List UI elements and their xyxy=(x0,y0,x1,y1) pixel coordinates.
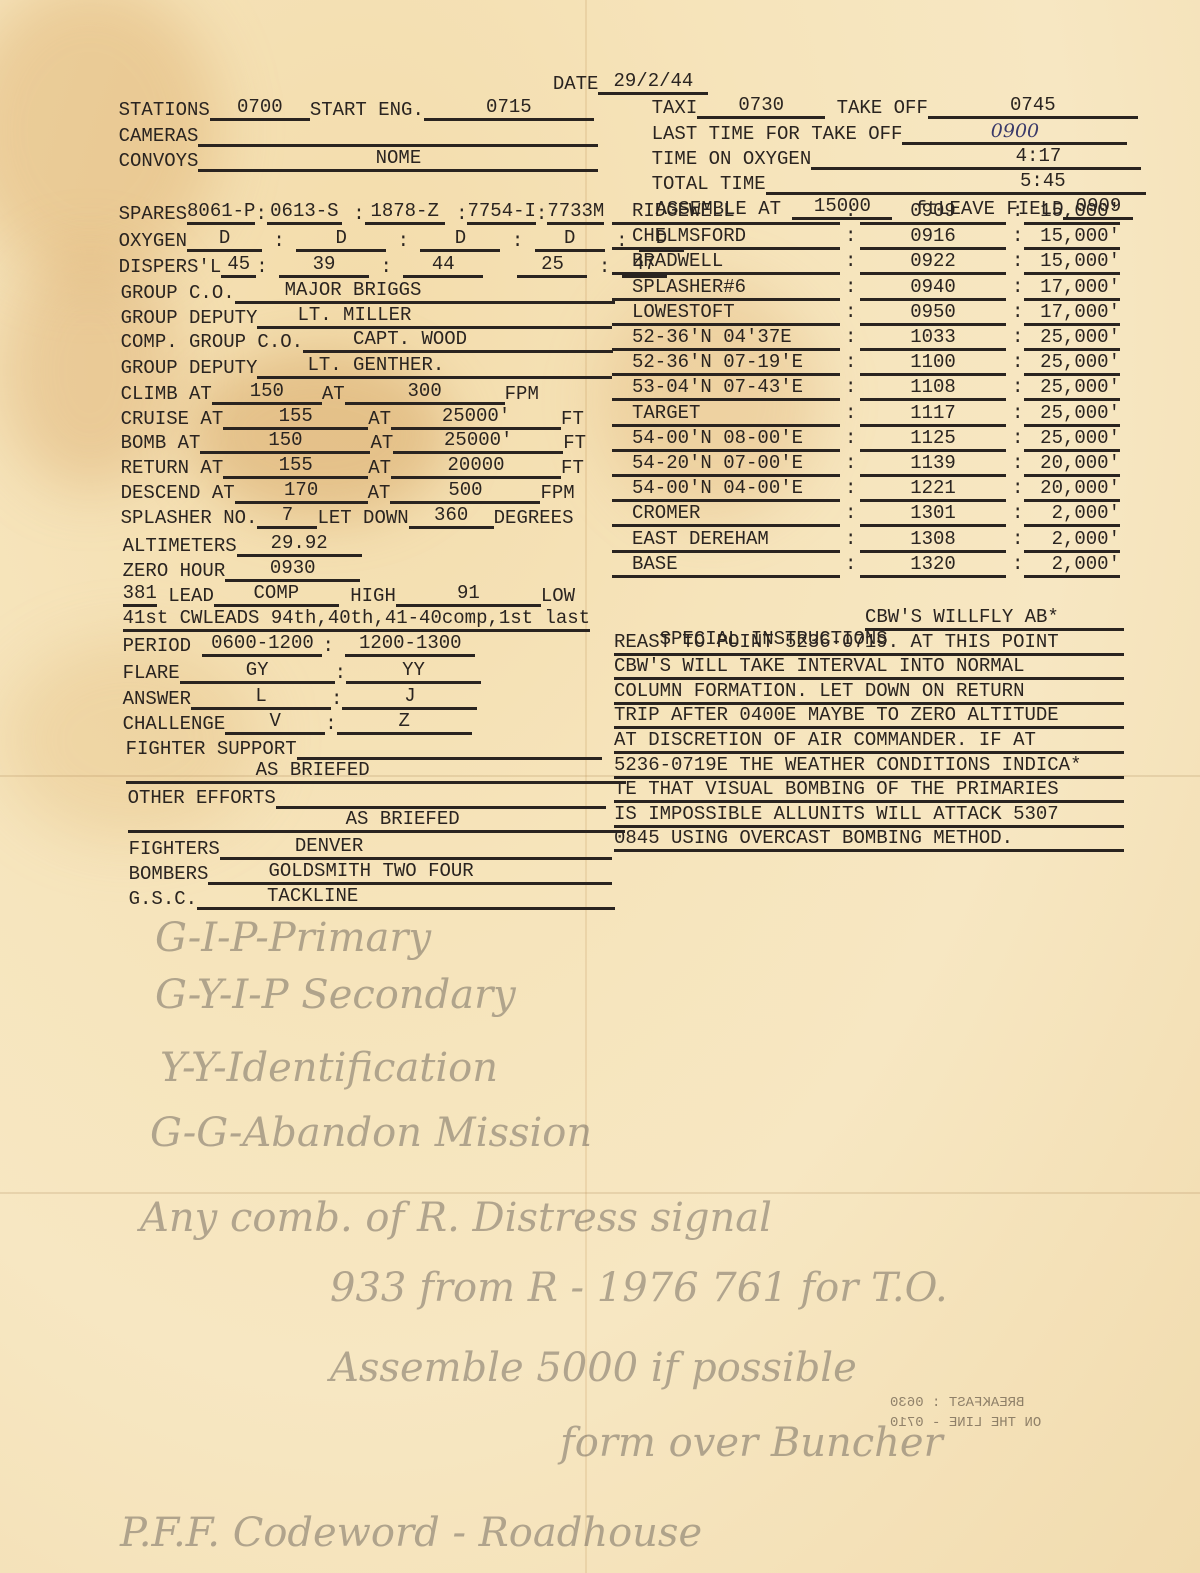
separator: : xyxy=(845,276,856,298)
route-place: 53-04'N 07-43'E xyxy=(612,376,840,401)
paper-fold xyxy=(0,1192,1200,1194)
route-place: BASE xyxy=(612,553,840,578)
special-instruction-line: 5236-0719E THE WEATHER CONDITIONS INDICA… xyxy=(614,754,1124,779)
handwritten-note: P.F.F. Codeword - Roadhouse xyxy=(120,1510,702,1556)
route-place: RIDGEWELL xyxy=(612,200,840,225)
handwritten-note: G-G-Abandon Mission xyxy=(150,1110,592,1156)
route-row: LOWESTOFT:0950:17,000' xyxy=(612,301,1120,325)
convoys-value: NOME xyxy=(198,147,598,172)
separator: : xyxy=(1012,502,1023,524)
separator: : xyxy=(1012,200,1023,222)
route-altitude: 25,000' xyxy=(1024,427,1120,452)
route-place: CROMER xyxy=(612,502,840,527)
route-time: 0950 xyxy=(860,301,1006,326)
separator: : xyxy=(1012,427,1023,449)
route-altitude: 2,000' xyxy=(1024,553,1120,578)
route-time: 0922 xyxy=(860,250,1006,275)
route-altitude: 2,000' xyxy=(1024,502,1120,527)
route-time: 1125 xyxy=(860,427,1006,452)
route-place: EAST DEREHAM xyxy=(612,528,840,553)
route-row: EAST DEREHAM:1308:2,000' xyxy=(612,528,1120,552)
separator: : xyxy=(1012,452,1023,474)
special-instruction-line: CBW'S WILL TAKE INTERVAL INTO NORMAL xyxy=(614,655,1124,680)
route-place: 54-20'N 07-00'E xyxy=(612,452,840,477)
route-place: SPLASHER#6 xyxy=(612,276,840,301)
route-altitude: 20,000' xyxy=(1024,477,1120,502)
route-altitude: 15,000' xyxy=(1024,250,1120,275)
separator: : xyxy=(845,326,856,348)
special-instruction-line: CBW'S WILLFLY AB* xyxy=(865,606,1124,631)
route-row: CROMER:1301:2,000' xyxy=(612,502,1120,526)
separator: : xyxy=(845,502,856,524)
route-time: 1320 xyxy=(860,553,1006,578)
separator: : xyxy=(845,553,856,575)
separator: : xyxy=(845,427,856,449)
route-row: TARGET:1117:25,000' xyxy=(612,402,1120,426)
handwritten-note: Assemble 5000 if possible xyxy=(330,1345,857,1391)
route-time: 1139 xyxy=(860,452,1006,477)
route-altitude: 25,000' xyxy=(1024,326,1120,351)
gsc-label: G.S.C. xyxy=(129,888,197,910)
route-altitude: 20,000' xyxy=(1024,452,1120,477)
gsc-value: TACKLINE xyxy=(197,885,615,910)
handwritten-note: Any comb. of R. Distress signal xyxy=(140,1195,772,1241)
route-altitude: 25,000' xyxy=(1024,402,1120,427)
route-time: 0940 xyxy=(860,276,1006,301)
route-place: LOWESTOFT xyxy=(612,301,840,326)
handwritten-note: G-I-P-Primary xyxy=(155,915,431,961)
route-time: 0909 xyxy=(860,200,1006,225)
special-instruction-line: IS IMPOSSIBLE ALLUNITS WILL ATTACK 5307 xyxy=(614,803,1124,828)
separator: : xyxy=(1012,225,1023,247)
route-time: 1108 xyxy=(860,376,1006,401)
route-row: RIDGEWELL:0909:15,000' xyxy=(612,200,1120,224)
route-altitude: 15,000' xyxy=(1024,200,1120,225)
route-place: 52-36'N 04'37E xyxy=(612,326,840,351)
handwritten-note: form over Buncher xyxy=(560,1420,943,1466)
route-row: BASE:1320:2,000' xyxy=(612,553,1120,577)
special-instruction-line: REAST TO POINT 5236-0719. AT THIS POINT xyxy=(614,631,1124,656)
separator: : xyxy=(1012,326,1023,348)
separator: : xyxy=(845,250,856,272)
separator: : xyxy=(845,477,856,499)
route-time: 1221 xyxy=(860,477,1006,502)
separator: : xyxy=(845,200,856,222)
route-altitude: 17,000' xyxy=(1024,276,1120,301)
route-row: 52-36'N 04'37E:1033:25,000' xyxy=(612,326,1120,350)
separator: : xyxy=(1012,553,1023,575)
route-row: 54-20'N 07-00'E:1139:20,000' xyxy=(612,452,1120,476)
separator: : xyxy=(845,376,856,398)
route-time: 0916 xyxy=(860,225,1006,250)
special-instruction-line: TE THAT VISUAL BOMBING OF THE PRIMARIES xyxy=(614,778,1124,803)
special-instruction-line: 0845 USING OVERCAST BOMBING METHOD. xyxy=(614,827,1124,852)
special-instruction-line: TRIP AFTER 0400E MAYBE TO ZERO ALTITUDE xyxy=(614,704,1124,729)
letdown-value: 360 xyxy=(409,504,494,529)
bleed-through-text: ON THE LINE - 0710 xyxy=(890,1415,1041,1431)
convoys-label: CONVOYS xyxy=(119,150,199,172)
special-instruction-line: AT DISCRETION OF AIR COMMANDER. IF AT xyxy=(614,729,1124,754)
route-place: 54-00'N 04-00'E xyxy=(612,477,840,502)
separator: : xyxy=(845,351,856,373)
separator: : xyxy=(1012,402,1023,424)
route-altitude: 25,000' xyxy=(1024,351,1120,376)
route-row: BRADWELL:0922:15,000' xyxy=(612,250,1120,274)
route-place: CHELMSFORD xyxy=(612,225,840,250)
route-time: 1301 xyxy=(860,502,1006,527)
route-place: 54-00'N 08-00'E xyxy=(612,427,840,452)
bleed-through-text: BREAKFAST : 0630 xyxy=(890,1395,1024,1411)
route-altitude: 25,000' xyxy=(1024,376,1120,401)
separator: : xyxy=(1012,276,1023,298)
route-row: 54-00'N 04-00'E:1221:20,000' xyxy=(612,477,1120,501)
route-row: 54-00'N 08-00'E:1125:25,000' xyxy=(612,427,1120,451)
route-time: 1100 xyxy=(860,351,1006,376)
separator: : xyxy=(845,301,856,323)
route-altitude: 15,000' xyxy=(1024,225,1120,250)
route-altitude: 2,000' xyxy=(1024,528,1120,553)
degrees-label: DEGREES xyxy=(494,507,574,529)
separator: : xyxy=(1012,351,1023,373)
handwritten-note: G-Y-I-P Secondary xyxy=(155,972,516,1018)
route-altitude: 17,000' xyxy=(1024,301,1120,326)
route-row: 52-36'N 07-19'E:1100:25,000' xyxy=(612,351,1120,375)
separator: : xyxy=(1012,250,1023,272)
route-place: TARGET xyxy=(612,402,840,427)
separator: : xyxy=(1012,528,1023,550)
separator: : xyxy=(1012,301,1023,323)
separator: : xyxy=(845,528,856,550)
handwritten-note: 933 from R - 1976 761 for T.O. xyxy=(330,1265,948,1311)
separator: : xyxy=(1012,477,1023,499)
special-instruction-line: COLUMN FORMATION. LET DOWN ON RETURN xyxy=(614,680,1124,705)
route-place: BRADWELL xyxy=(612,250,840,275)
route-time: 1308 xyxy=(860,528,1006,553)
route-place: 52-36'N 07-19'E xyxy=(612,351,840,376)
separator: : xyxy=(845,452,856,474)
route-row: CHELMSFORD:0916:15,000' xyxy=(612,225,1120,249)
separator: : xyxy=(845,402,856,424)
route-time: 1117 xyxy=(860,402,1006,427)
handwritten-note: Y-Y-Identification xyxy=(160,1045,498,1091)
route-row: SPLASHER#6:0940:17,000' xyxy=(612,276,1120,300)
separator: : xyxy=(845,225,856,247)
separator: : xyxy=(1012,376,1023,398)
route-time: 1033 xyxy=(860,326,1006,351)
route-row: 53-04'N 07-43'E:1108:25,000' xyxy=(612,376,1120,400)
